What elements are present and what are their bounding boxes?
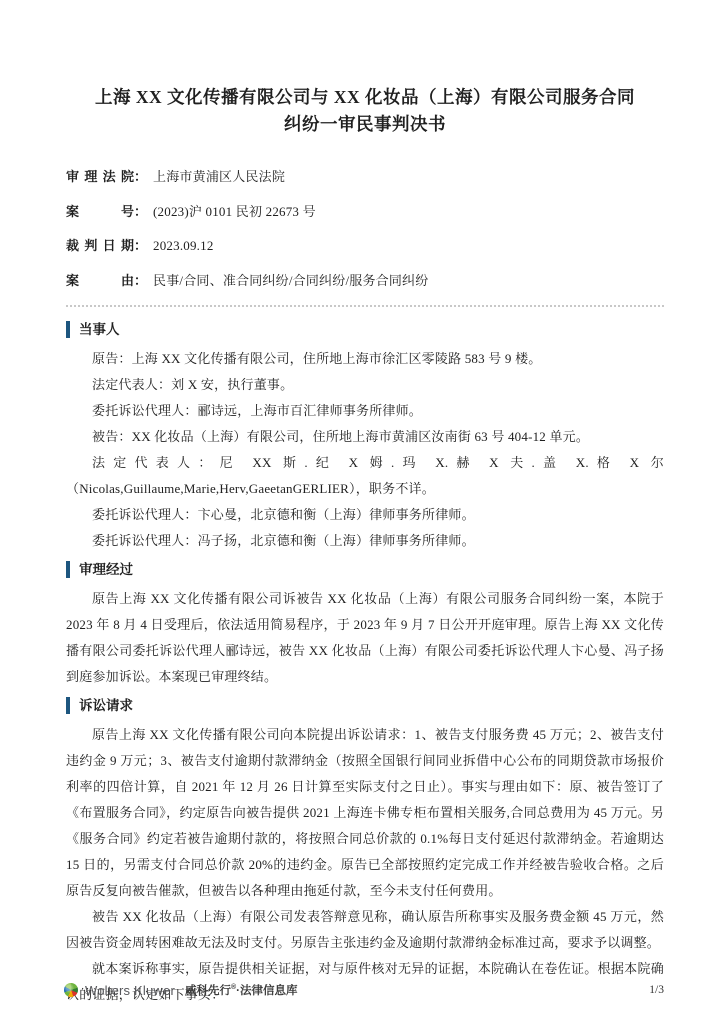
section-heading-trial-process: 审理经过 — [66, 561, 664, 578]
meta-row-court: 审理法院：上海市黄浦区人民法院 — [66, 166, 664, 185]
dotted-divider — [66, 305, 664, 307]
paragraph: 被告：XX 化妆品（上海）有限公司，住所地上海市黄浦区汝南街 63 号 404-… — [66, 424, 664, 450]
case-metadata: 审理法院：上海市黄浦区人民法院 案号：(2023)沪 0101 民初 22673… — [66, 166, 664, 289]
document-title: 上海 XX 文化传播有限公司与 XX 化妆品（上海）有限公司服务合同纠纷一审民事… — [87, 84, 643, 138]
footer-brand-block: Wolters Kluwer 威科先行®·法律信息库 — [64, 982, 298, 998]
meta-value-cause: 民事/合同、准合同纠纷/合同纠纷/服务合同纠纷 — [153, 270, 428, 289]
paragraph: 原告：上海 XX 文化传播有限公司，住所地上海市徐汇区零陵路 583 号 9 楼… — [66, 346, 664, 372]
meta-colon: ： — [134, 166, 147, 185]
paragraph: 委托诉讼代理人：郦诗远，上海市百汇律师事务所律师。 — [66, 398, 664, 424]
section-heading-claims: 诉讼请求 — [66, 697, 664, 714]
meta-value-court: 上海市黄浦区人民法院 — [153, 166, 285, 185]
paragraph: 委托诉讼代理人：冯子扬，北京德和衡（上海）律师事务所律师。 — [66, 528, 664, 554]
meta-value-case-number: (2023)沪 0101 民初 22673 号 — [153, 201, 316, 220]
section-heading-parties: 当事人 — [66, 321, 664, 338]
meta-colon: ： — [134, 270, 147, 289]
paragraph: 委托诉讼代理人：卞心曼，北京德和衡（上海）律师事务所律师。 — [66, 502, 664, 528]
footer-product-name: 威科先行®·法律信息库 — [185, 982, 298, 998]
paragraph: 原告上海 XX 文化传播有限公司向本院提出诉讼请求：1、被告支付服务费 45 万… — [66, 722, 664, 904]
judgment-document-page: 上海 XX 文化传播有限公司与 XX 化妆品（上海）有限公司服务合同纠纷一审民事… — [0, 0, 724, 1024]
meta-colon: ： — [134, 201, 147, 220]
paragraph: 法定代表人：尼 XX 斯.纪 X 姆.玛 X.赫 X 夫.盖 X.格 X 尔（N… — [66, 450, 664, 502]
section-parties: 当事人 原告：上海 XX 文化传播有限公司，住所地上海市徐汇区零陵路 583 号… — [66, 321, 664, 554]
meta-colon: ： — [134, 235, 147, 254]
meta-row-cause: 案由：民事/合同、准合同纠纷/合同纠纷/服务合同纠纷 — [66, 270, 664, 289]
meta-label: 案由 — [66, 270, 134, 289]
meta-row-judgment-date: 裁判日期：2023.09.12 — [66, 235, 664, 254]
meta-label: 案号 — [66, 201, 134, 220]
footer-product-suffix: ·法律信息库 — [236, 985, 297, 997]
paragraph: 法定代表人：刘 X 安，执行董事。 — [66, 372, 664, 398]
footer-brand-name: Wolters Kluwer — [85, 983, 175, 998]
paragraph: 原告上海 XX 文化传播有限公司诉被告 XX 化妆品（上海）有限公司服务合同纠纷… — [66, 586, 664, 690]
page-number: 1/3 — [649, 984, 664, 996]
wolters-kluwer-logo-icon — [64, 983, 78, 997]
footer-product-text: 威科先行 — [185, 985, 231, 997]
meta-label: 裁判日期 — [66, 235, 134, 254]
paragraph: 被告 XX 化妆品（上海）有限公司发表答辩意见称，确认原告所称事实及服务费金额 … — [66, 904, 664, 956]
meta-label: 审理法院 — [66, 166, 134, 185]
meta-row-case-number: 案号：(2023)沪 0101 民初 22673 号 — [66, 201, 664, 220]
meta-value-judgment-date: 2023.09.12 — [153, 238, 214, 254]
section-claims: 诉讼请求 原告上海 XX 文化传播有限公司向本院提出诉讼请求：1、被告支付服务费… — [66, 697, 664, 1008]
page-footer: Wolters Kluwer 威科先行®·法律信息库 1/3 — [64, 982, 664, 998]
section-trial-process: 审理经过 原告上海 XX 文化传播有限公司诉被告 XX 化妆品（上海）有限公司服… — [66, 561, 664, 690]
